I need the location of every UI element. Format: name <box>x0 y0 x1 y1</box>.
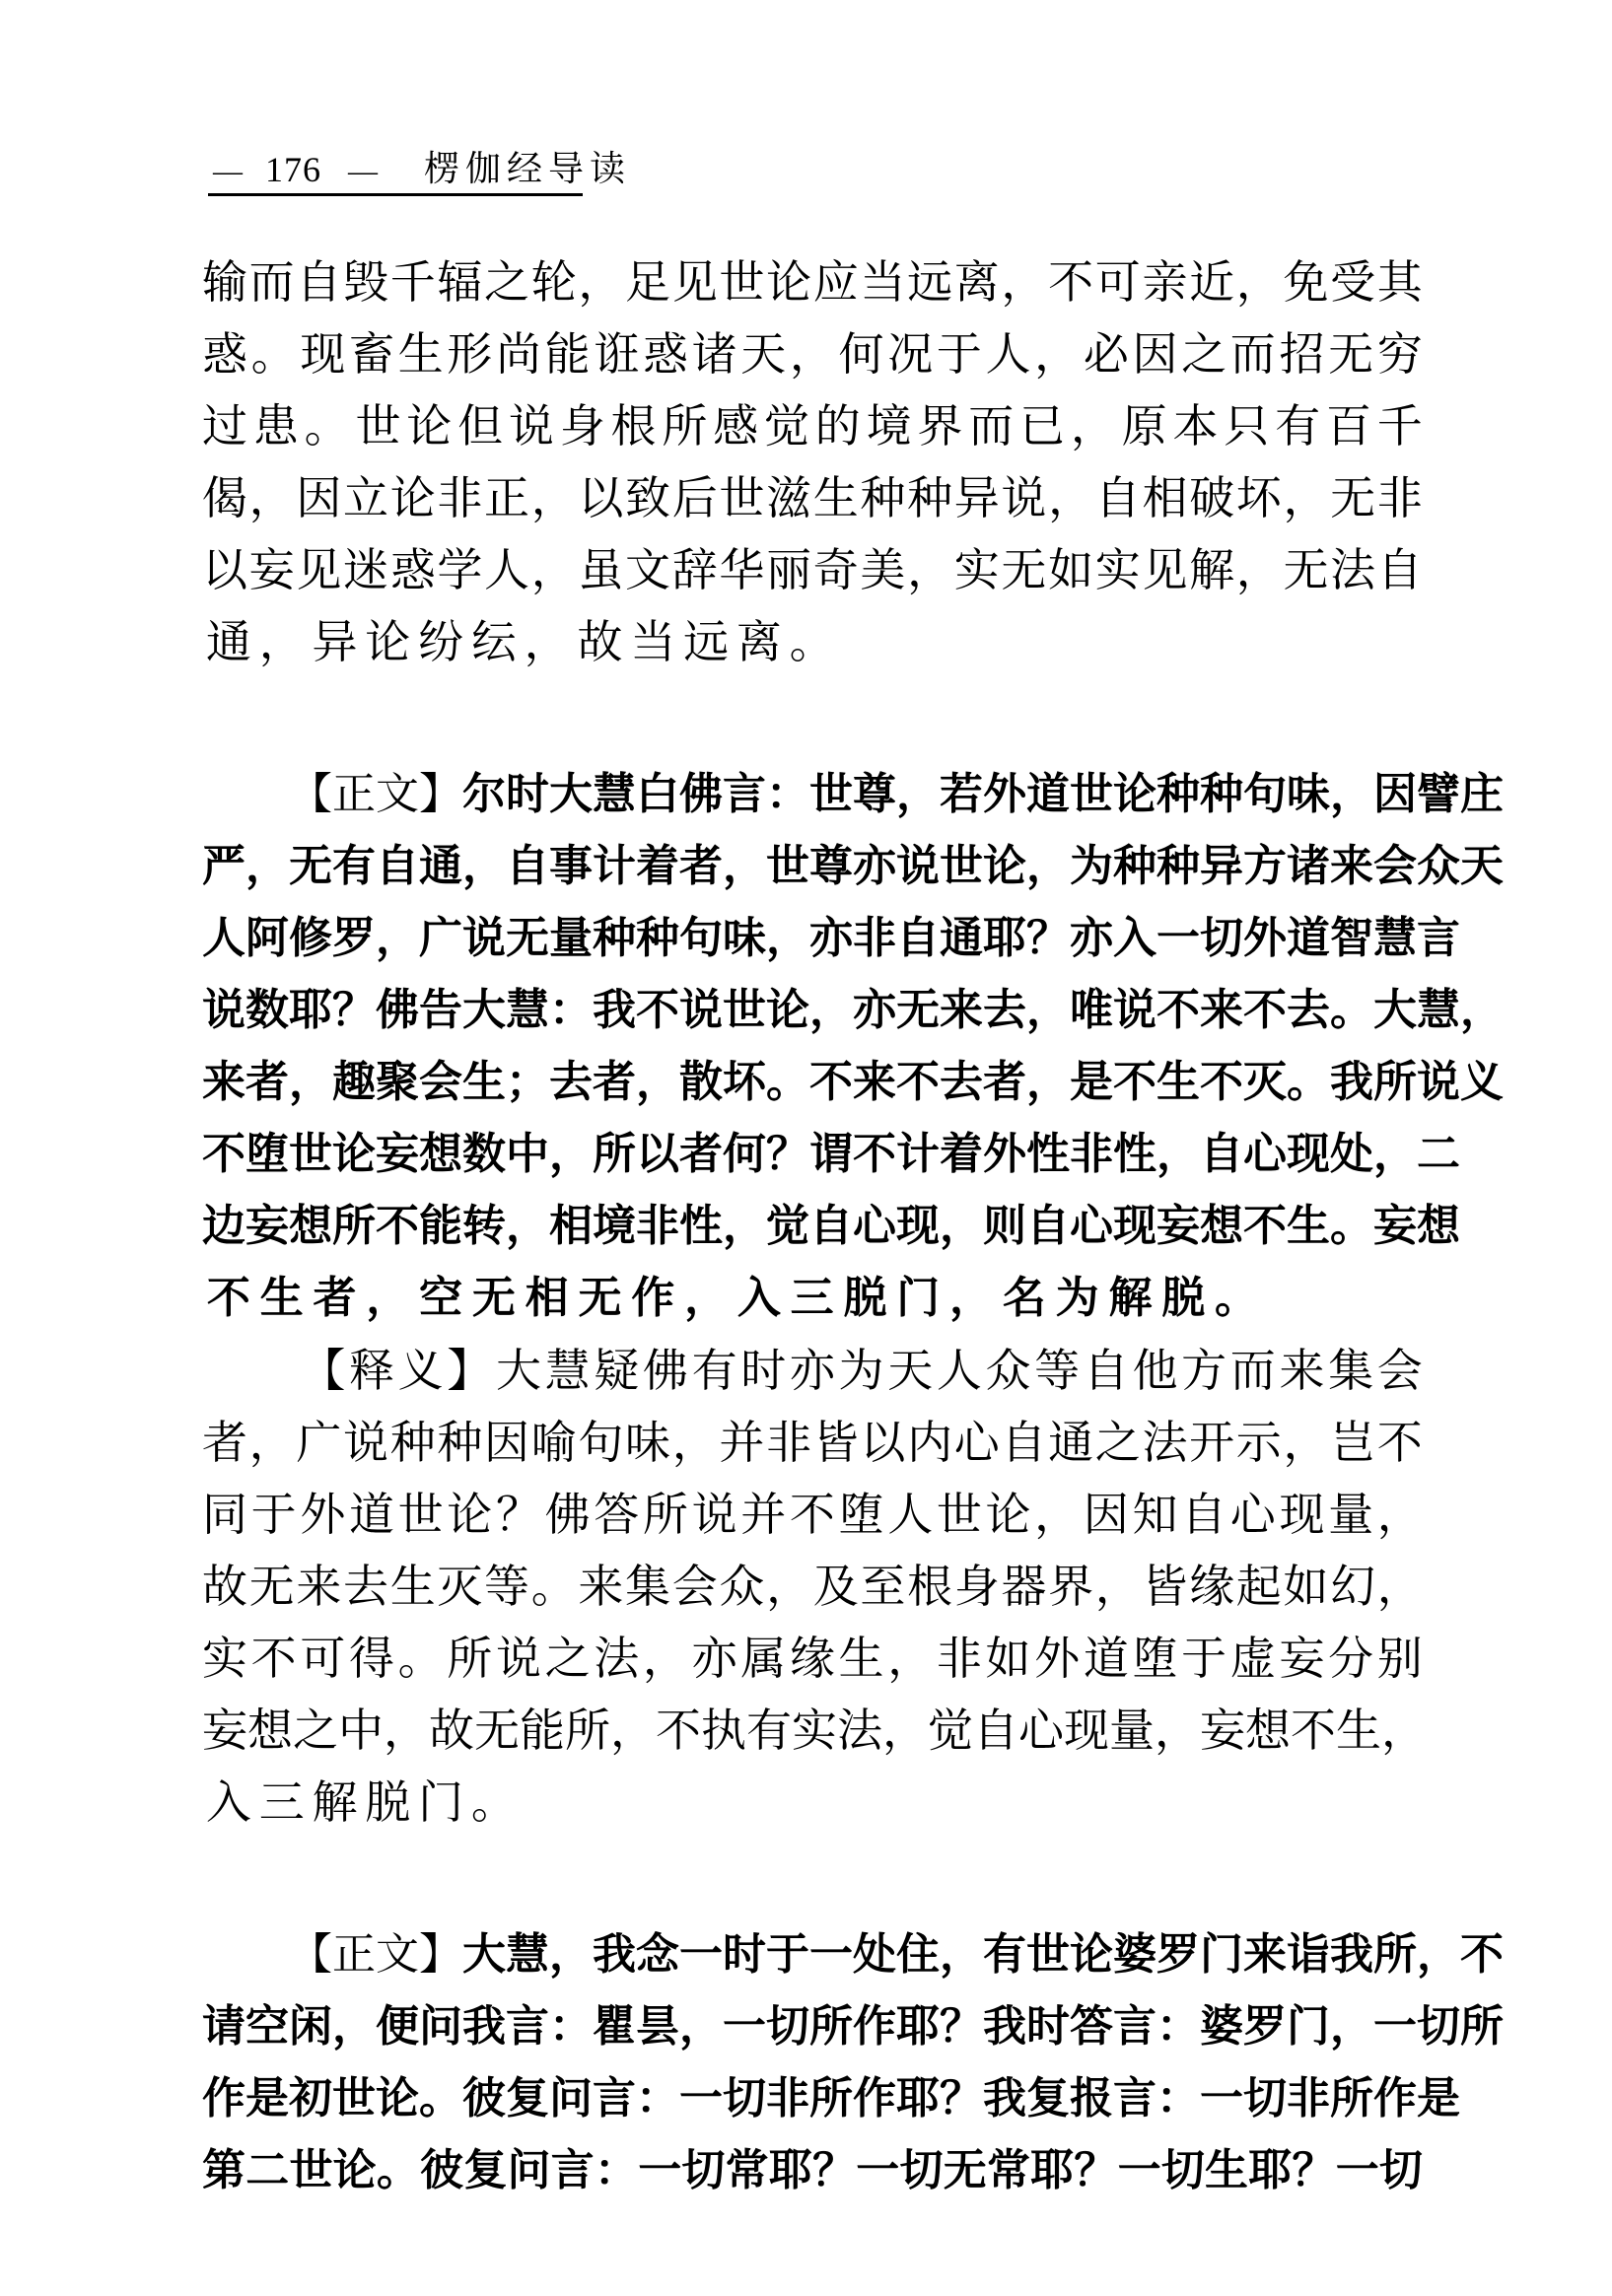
text-line: 偈，因立论非正，以致后世滋生种种异说，自相破坏，无非 <box>202 470 1423 525</box>
book-title: 楞伽经导读 <box>424 148 631 191</box>
text-line: 不堕世论妄想数中，所以者何？谓不计着外性非性，自心现处，二 <box>202 1127 1423 1182</box>
section-label: 】 <box>419 1927 462 1983</box>
section-label: 文 <box>376 767 419 822</box>
section-label: 释 <box>349 1343 394 1398</box>
text-line: 惑。现畜生形尚能诳惑诸天，何况于人，必因之而招无穷 <box>202 326 1423 382</box>
text-line: 输而自毁千辐之轮，足见世论应当远离，不可亲近，免受其 <box>202 254 1423 310</box>
text-line: 妄想之中，故无能所，不执有实法，觉自心现量，妄想不生， <box>202 1703 1423 1758</box>
text-line: 实不可得。所说之法，亦属缘生，非如外道堕于虚妄分别 <box>202 1631 1423 1686</box>
text-line: 通，异论纷纭，故当远离。 <box>202 614 1423 669</box>
text-line: 说数耶？佛告大慧：我不说世论，亦无来去，唯说不来不去。大慧， <box>202 983 1423 1038</box>
header-rule <box>208 193 583 196</box>
header-dash-right: — <box>343 152 383 191</box>
running-head: — 176 — 楞伽经导读 <box>208 148 631 191</box>
text-line: 【正文】大慧，我念一时于一处住，有世论婆罗门来诣我所，不 <box>202 1927 1423 1983</box>
section-label: 正 <box>332 1927 376 1983</box>
text-line: 第二世论。彼复问言：一切常耶？一切无常耶？一切生耶？一切 <box>202 2143 1423 2198</box>
page-number: 176 <box>265 148 321 191</box>
text-line: 入三解脱门。 <box>202 1774 1423 1830</box>
section-label: 【 <box>289 767 332 822</box>
section-label: 】 <box>447 1343 492 1398</box>
text-line: 人阿修罗，广说无量种种句味，亦非自通耶？亦入一切外道智慧言 <box>202 911 1423 966</box>
header-dash-left: — <box>208 152 247 191</box>
text-line: 【释义】大慧疑佛有时亦为天人众等自他方而来集会 <box>202 1343 1423 1398</box>
text-line: 者，广说种种因喻句味，并非皆以内心自通之法开示，岂不 <box>202 1415 1423 1470</box>
section-label: 文 <box>376 1927 419 1983</box>
text-line: 请空闲，便问我言：瞿昙，一切所作耶？我时答言：婆罗门，一切所 <box>202 1999 1423 2054</box>
text-line: 严，无有自通，自事计着者，世尊亦说世论，为种种异方诸来会众天 <box>202 839 1423 894</box>
text-line: 过患。世论但说身根所感觉的境界而已，原本只有百千 <box>202 398 1423 453</box>
text-line: 以妄见迷惑学人，虽文辞华丽奇美，实无如实见解，无法自 <box>202 542 1423 597</box>
text-line: 来者，趣聚会生；去者，散坏。不来不去者，是不生不灭。我所说义 <box>202 1055 1423 1110</box>
section-label: 义 <box>398 1343 444 1398</box>
section-label: 【 <box>300 1343 345 1398</box>
text-line: 不生者，空无相无作，入三脱门，名为解脱。 <box>202 1271 1423 1326</box>
text-line: 边妄想所不能转，相境非性，觉自心现，则自心现妄想不生。妄想 <box>202 1199 1423 1254</box>
text-line: 作是初世论。彼复问言：一切非所作耶？我复报言：一切非所作是 <box>202 2071 1423 2126</box>
section-label: 正 <box>332 767 376 822</box>
text-line: 【正文】尔时大慧白佛言：世尊，若外道世论种种句味，因譬庄 <box>202 767 1423 822</box>
section-label: 】 <box>419 767 462 822</box>
section-label: 【 <box>289 1927 332 1983</box>
text-line: 故无来去生灭等。来集会众，及至根身器界，皆缘起如幻， <box>202 1559 1423 1614</box>
text-line: 同于外道世论？佛答所说并不堕人世论，因知自心现量， <box>202 1487 1423 1542</box>
